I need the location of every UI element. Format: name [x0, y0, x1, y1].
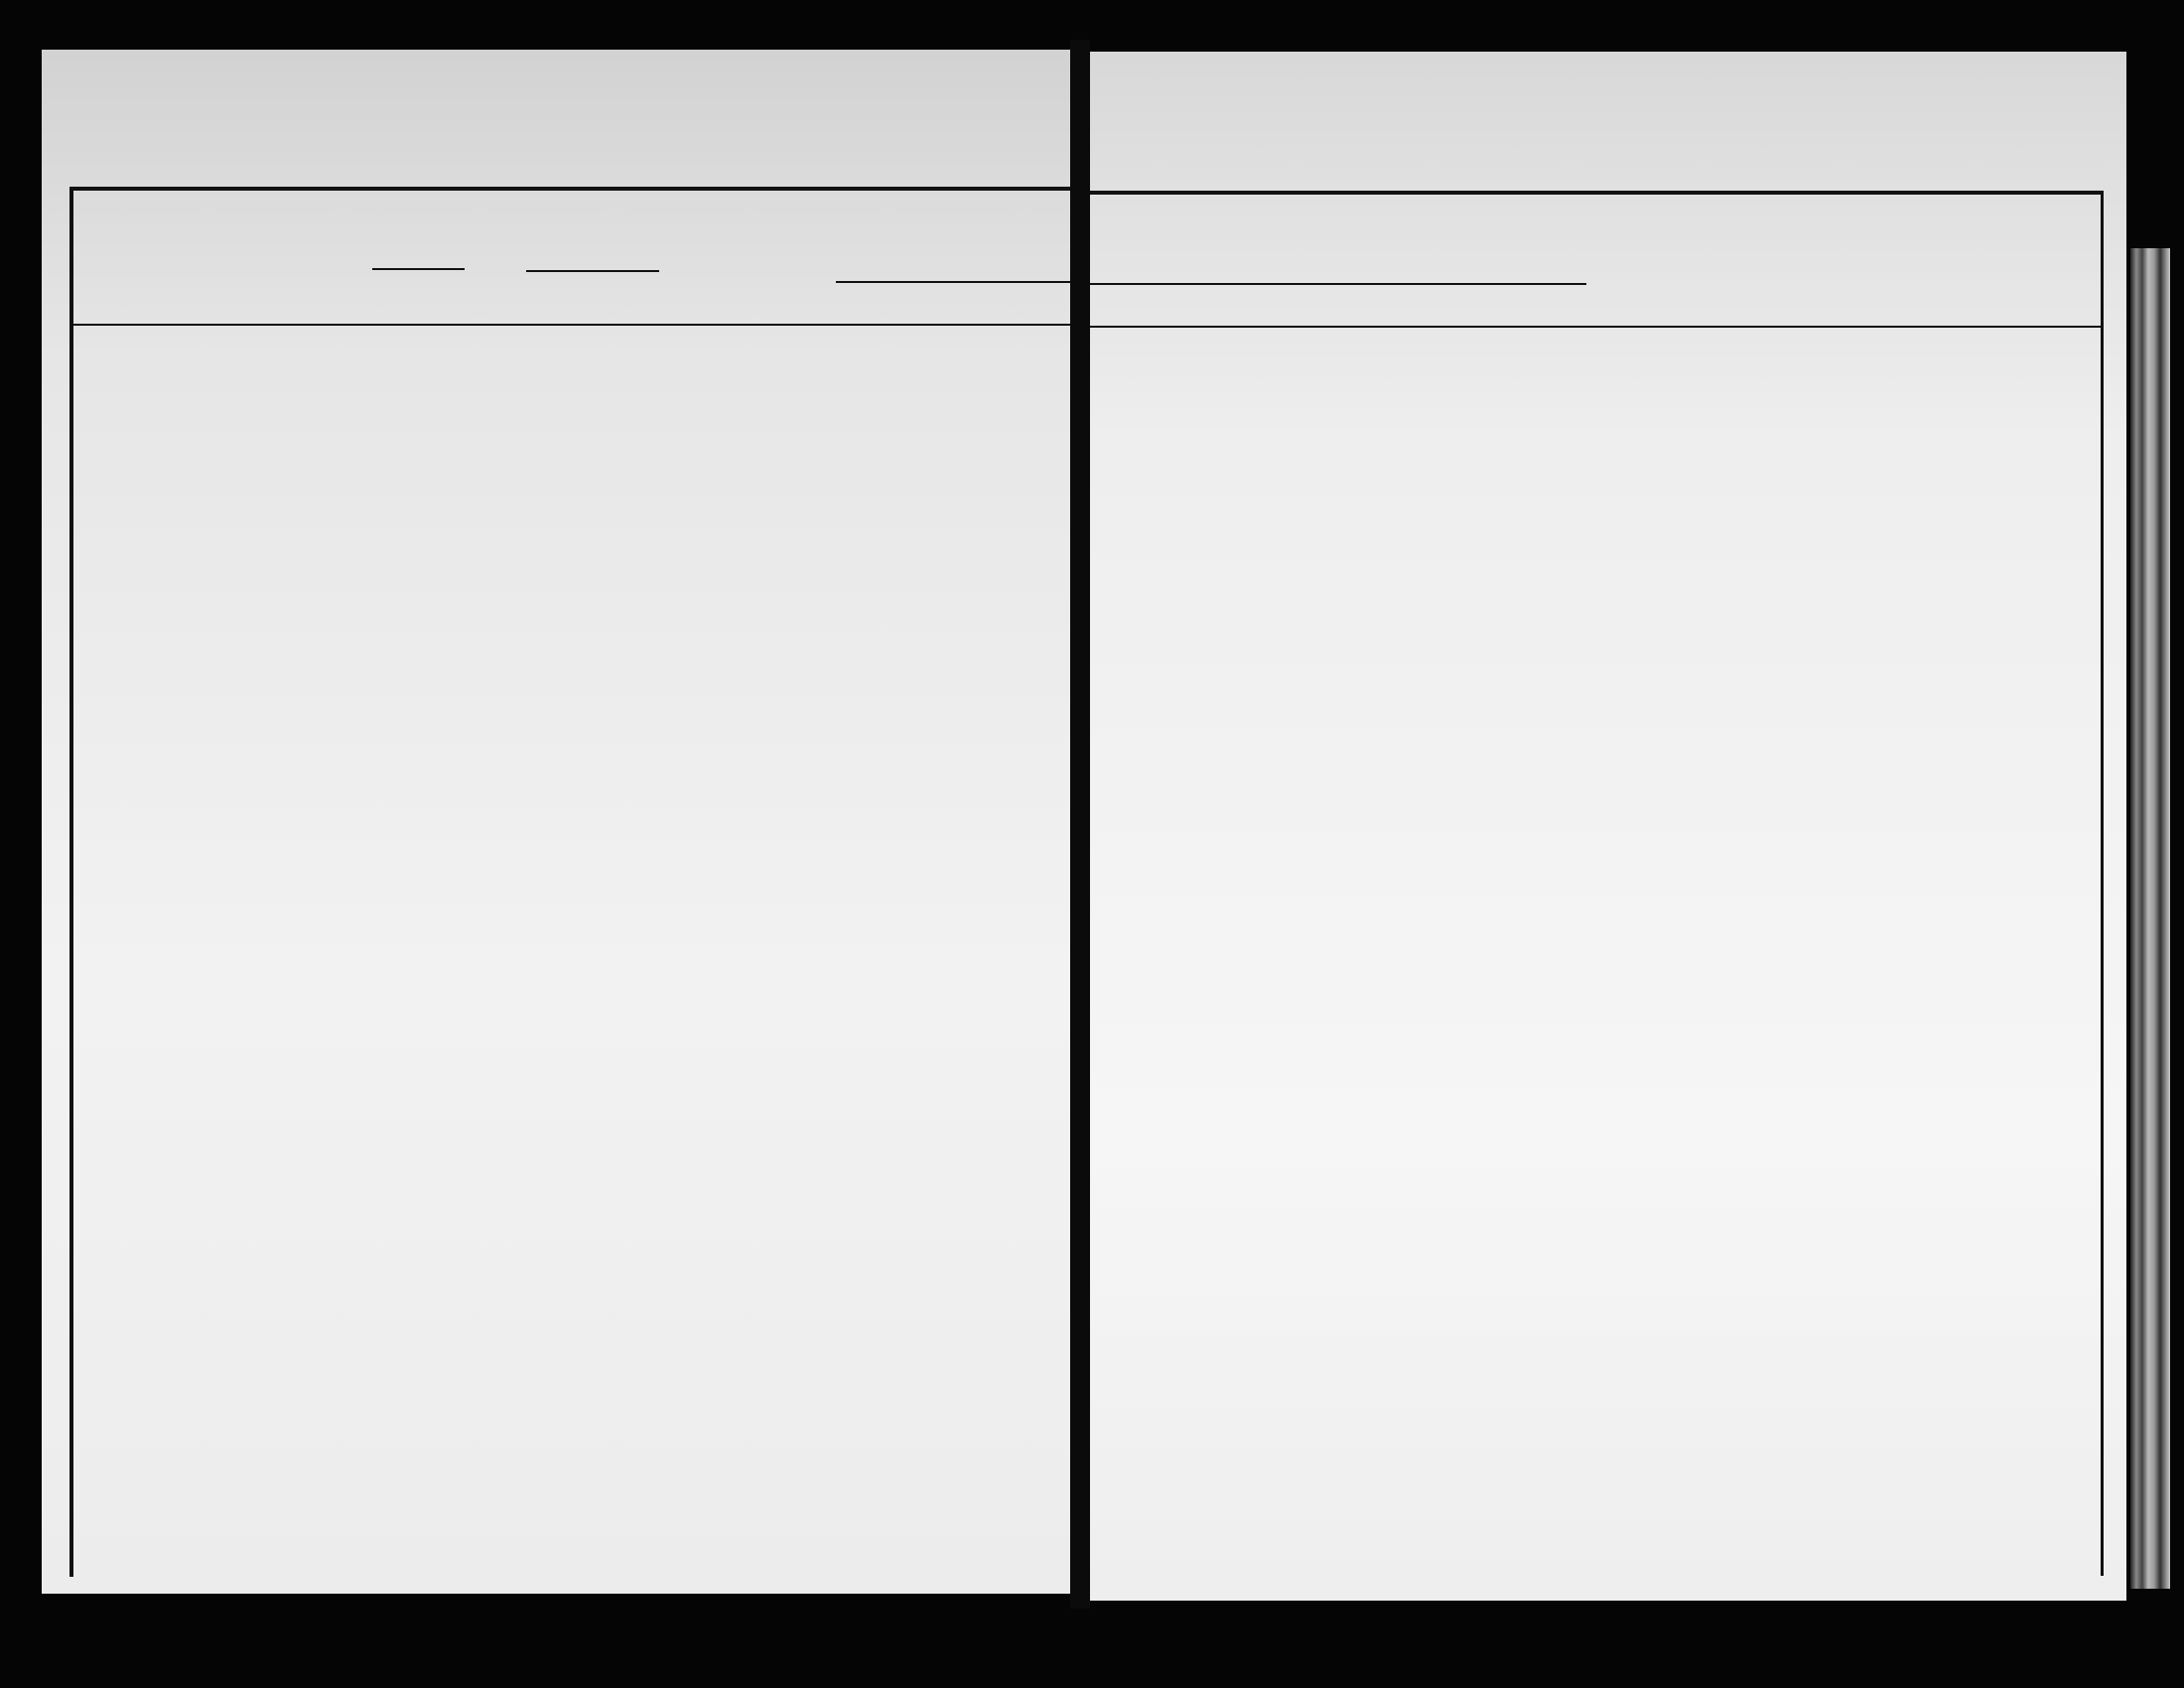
- header-understands: [707, 191, 741, 322]
- header-top-rule-right: [1090, 191, 2103, 195]
- catechism-subheader-rule: [526, 270, 659, 272]
- book-gutter: [1070, 40, 1090, 1609]
- header-missed: [751, 191, 788, 322]
- years-subheader-rule-left: [836, 281, 1070, 283]
- header-bottom-rule-left: [69, 324, 1070, 326]
- table-right-border: [2101, 191, 2104, 1576]
- table-left-border: [69, 187, 73, 1577]
- years-subheader-rule-right: [1090, 283, 1586, 285]
- years-bottom-rule-right: [1586, 326, 2103, 328]
- birth-subheader-rule: [372, 268, 465, 270]
- header-top-rule-left: [69, 187, 1070, 191]
- header-admitted: [800, 199, 832, 318]
- book-edge: [2130, 248, 2170, 1589]
